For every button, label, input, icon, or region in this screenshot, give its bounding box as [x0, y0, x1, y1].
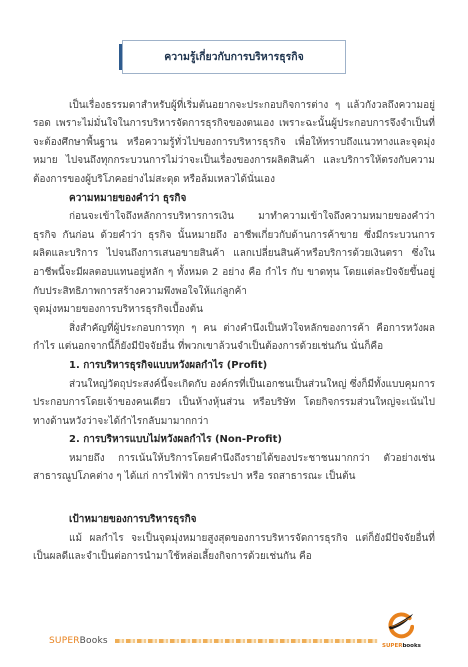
page-title: ความรู้เกี่ยวกับการบริหารธุรกิจ — [164, 51, 304, 63]
goals-paragraph: สิ่งสำคัญที่ผู้ประกอบการทุก ๆ คน ต่างคำน… — [33, 320, 435, 357]
publisher-logo: SUPERbooks — [382, 612, 418, 650]
footer-brand-super: SUPER — [49, 636, 80, 646]
document-page: ความรู้เกี่ยวกับการบริหารธุรกิจ เป็นเรื่… — [0, 0, 468, 667]
meaning-paragraph: ก่อนจะเข้าใจถึงหลักการบริหารการเงิน มาทำ… — [33, 208, 435, 301]
logo-wordmark: SUPERbooks — [382, 644, 418, 650]
page-footer: SUPERBooks SUPERbooks — [49, 612, 418, 650]
goals-subheading: จุดมุ่งหมายของการบริหารธุรกิจเบื้องต้น — [33, 301, 435, 320]
footer-dashed-divider — [115, 639, 378, 643]
list-item-nonprofit: 2. การบริหารแบบไม่หวังผลกำไร (Non-Profit… — [33, 431, 435, 450]
nonprofit-paragraph: หมายถึง การเน้นให้บริการโดยคำนึงถึงรายได… — [33, 450, 435, 487]
logo-wordmark-books: books — [402, 643, 420, 649]
logo-wordmark-super: SUPER — [382, 643, 402, 649]
swoosh-logo-icon — [386, 625, 414, 644]
list-item-profit: 1. การบริหารธุรกิจแบบหวังผลกำไร (Profit) — [33, 357, 435, 376]
section-heading-target: เป้าหมายของการบริหารธุรกิจ — [33, 511, 435, 530]
footer-brand-books: Books — [80, 636, 108, 646]
section-heading-meaning: ความหมายของคำว่า ธุรกิจ — [33, 190, 435, 209]
footer-brand: SUPERBooks — [49, 636, 108, 649]
intro-paragraph: เป็นเรื่องธรรมดาสำหรับผู้ที่เริ่มต้นอยาก… — [33, 97, 435, 190]
profit-paragraph: ส่วนใหญ่วัตถุประสงค์นี้จะเกิดกับ องค์กรท… — [33, 376, 435, 432]
title-box: ความรู้เกี่ยวกับการบริหารธุรกิจ — [122, 40, 346, 74]
document-body: ความรู้เกี่ยวกับการบริหารธุรกิจ เป็นเรื่… — [33, 40, 435, 567]
target-paragraph: แม้ ผลกำไร จะเป็นจุดมุ่งหมายสูงสุดของการ… — [33, 530, 435, 567]
